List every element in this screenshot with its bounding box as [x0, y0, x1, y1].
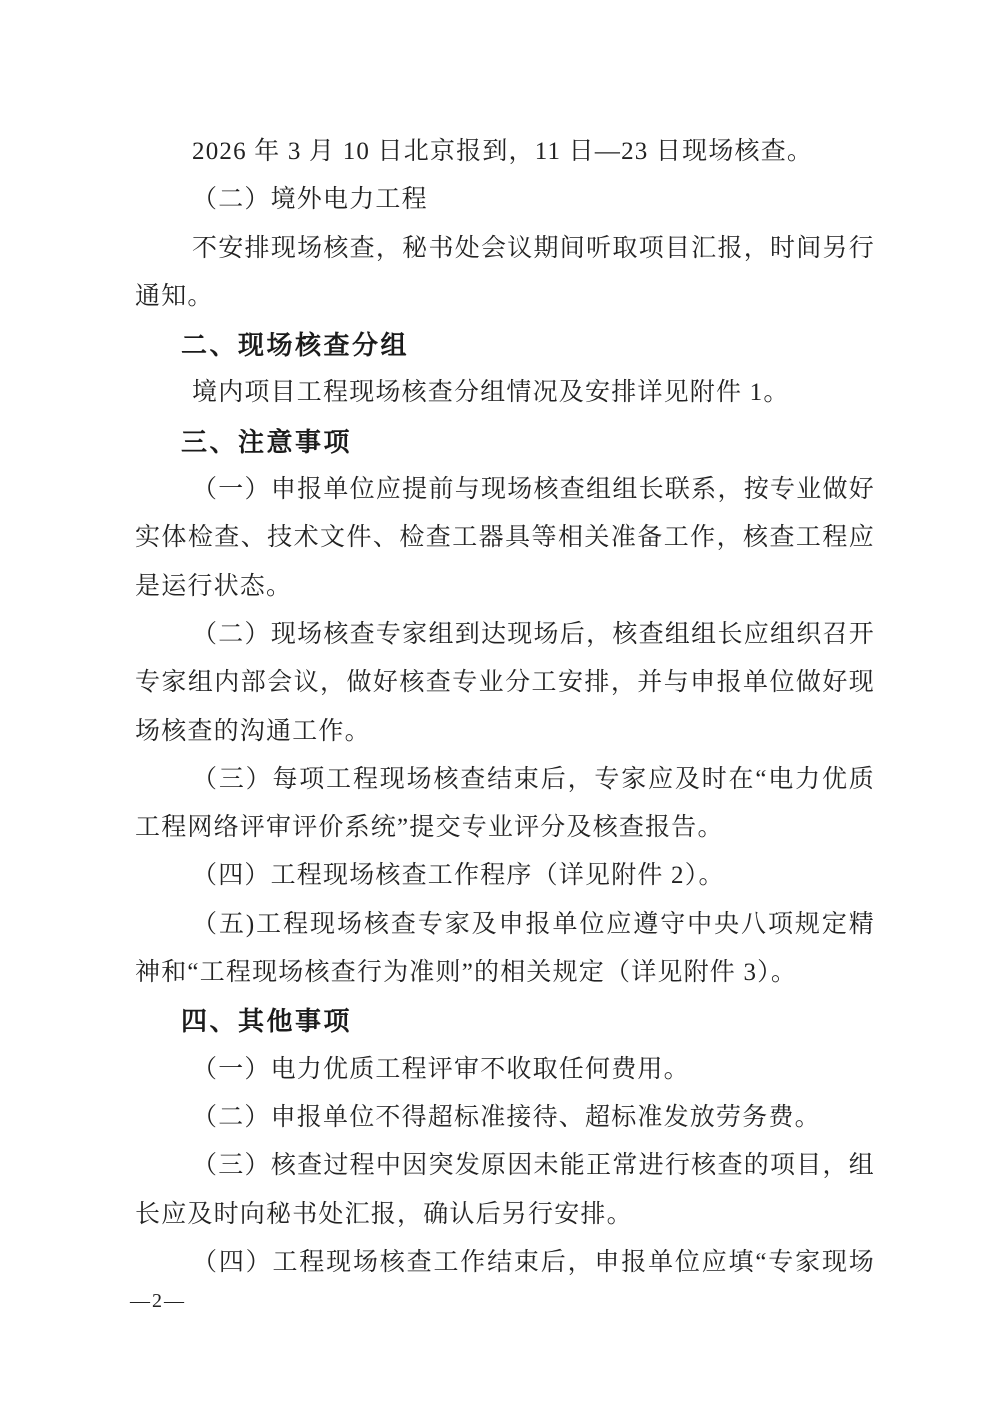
text-line: 通知。	[135, 273, 875, 321]
document-page: 2026 年 3 月 10 日北京报到，11 日—23 日现场核查。 （二）境外…	[0, 0, 992, 1403]
text-line: 场核查的沟通工作。	[135, 708, 875, 756]
text-line: 长应及时向秘书处汇报，确认后另行安排。	[135, 1191, 875, 1239]
text-line: （五)工程现场核查专家及申报单位应遵守中央八项规定精	[135, 901, 875, 949]
text-line: 神和“工程现场核查行为准则”的相关规定（详见附件 3）。	[135, 949, 875, 997]
text-line: 专家组内部会议，做好核查专业分工安排，并与申报单位做好现	[135, 659, 875, 707]
text-block: 2026 年 3 月 10 日北京报到，11 日—23 日现场核查。 （二）境外…	[135, 128, 875, 1287]
text-line: （三）核查过程中因突发原因未能正常进行核查的项目，组	[135, 1142, 875, 1190]
text-line: （四）工程现场核查工作程序（详见附件 2）。	[135, 852, 875, 900]
text-line-schedule: 2026 年 3 月 10 日北京报到，11 日—23 日现场核查。	[135, 128, 875, 176]
text-line: （一）申报单位应提前与现场核查组组长联系，按专业做好	[135, 466, 875, 514]
text-line: （二）申报单位不得超标准接待、超标准发放劳务费。	[135, 1094, 875, 1142]
text-line: （四）工程现场核查工作结束后，申报单位应填“专家现场	[135, 1239, 875, 1287]
section-heading-2-grouping: 二、现场核查分组	[135, 321, 875, 369]
text-line: 境内项目工程现场核查分组情况及安排详见附件 1。	[135, 369, 875, 417]
section-heading-4-other: 四、其他事项	[135, 997, 875, 1045]
text-line: 工程网络评审评价系统”提交专业评分及核查报告。	[135, 804, 875, 852]
text-line: （一）电力优质工程评审不收取任何费用。	[135, 1046, 875, 1094]
text-line: 是运行状态。	[135, 563, 875, 611]
text-line: （三）每项工程现场核查结束后，专家应及时在“电力优质	[135, 756, 875, 804]
text-line: 实体检查、技术文件、检查工器具等相关准备工作，核查工程应	[135, 514, 875, 562]
page-number: —2—	[130, 1288, 186, 1314]
section-heading-3-notes: 三、注意事项	[135, 418, 875, 466]
subsection-title-overseas: （二）境外电力工程	[135, 176, 875, 224]
text-line: （二）现场核查专家组到达现场后，核查组组长应组织召开	[135, 611, 875, 659]
text-line: 不安排现场核查，秘书处会议期间听取项目汇报，时间另行	[135, 225, 875, 273]
